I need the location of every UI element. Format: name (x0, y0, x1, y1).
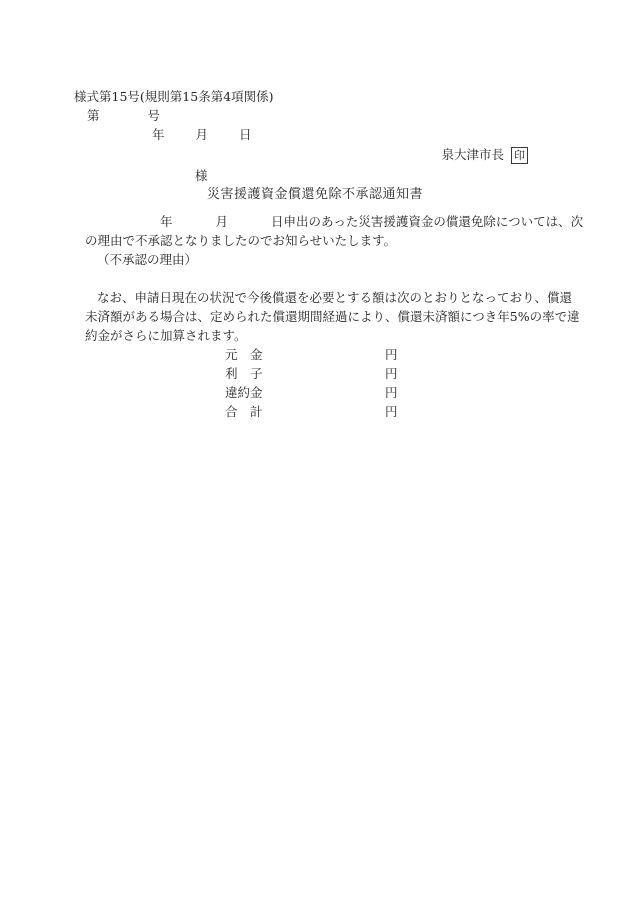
issue-date-line: 年月日 (152, 125, 630, 144)
addressee-honorific-label: 様 (195, 168, 208, 183)
amount-label-total: 合 計 (225, 402, 263, 421)
issuer-name: 泉大津市長 (441, 144, 504, 166)
amount-label-penalty: 違約金 (225, 383, 263, 402)
addressee-honorific: 様 (195, 166, 630, 185)
amount-unit-total: 円 (385, 404, 398, 419)
doc-no-suffix: 号 (148, 108, 161, 123)
par1-month-label: 月 (216, 214, 229, 229)
par1-line1-text: 申出のあった災害援護資金の償還免除については、次 (284, 214, 584, 229)
date-month-label: 月 (196, 127, 209, 142)
amount-row-interest: 利 子円 (225, 364, 630, 383)
paragraph2-line1: なお、申請日現在の状況で今後償還を必要とする額は次のとおりとなっており、償還 (85, 288, 630, 307)
par1-day-label: 日 (271, 214, 284, 229)
form-number: 様式第15号(規則第15条第4項関係) (74, 87, 630, 106)
amount-unit-principal: 円 (385, 347, 398, 362)
paragraph2-line3: 約金がさらに加算されます。 (85, 326, 630, 345)
reason-heading: （不承認の理由） (85, 250, 630, 269)
date-year-label: 年 (152, 127, 165, 142)
paragraph1-line1: 年月日申出のあった災害援護資金の償還免除については、次 (85, 212, 630, 231)
amount-unit-penalty: 円 (385, 385, 398, 400)
amount-row-total: 合 計円 (225, 402, 630, 421)
doc-no-prefix: 第 (87, 108, 100, 123)
document-title: 災害援護資金償還免除不承認通知書 (0, 185, 630, 204)
amount-unit-interest: 円 (385, 366, 398, 381)
issuer-line: 泉大津市長 印 (0, 144, 630, 166)
paragraph1-line2: の理由で不承認となりましたのでお知らせいたします。 (85, 231, 630, 250)
document-page: 様式第15号(規則第15条第4項関係) 第号 年月日 泉大津市長 印 様 災害援… (0, 0, 630, 915)
paragraph2-line2: 未済額がある場合は、定められた償還期間経過により、償還未済額につき年5%の率で違 (85, 307, 630, 326)
seal-mark: 印 (511, 147, 528, 164)
date-day-label: 日 (239, 127, 252, 142)
amount-row-principal: 元 金円 (225, 345, 630, 364)
par1-year-label: 年 (160, 214, 173, 229)
amount-label-interest: 利 子 (225, 364, 263, 383)
amount-label-principal: 元 金 (225, 345, 263, 364)
amount-row-penalty: 違約金円 (225, 383, 630, 402)
document-number-line: 第号 (87, 106, 630, 125)
